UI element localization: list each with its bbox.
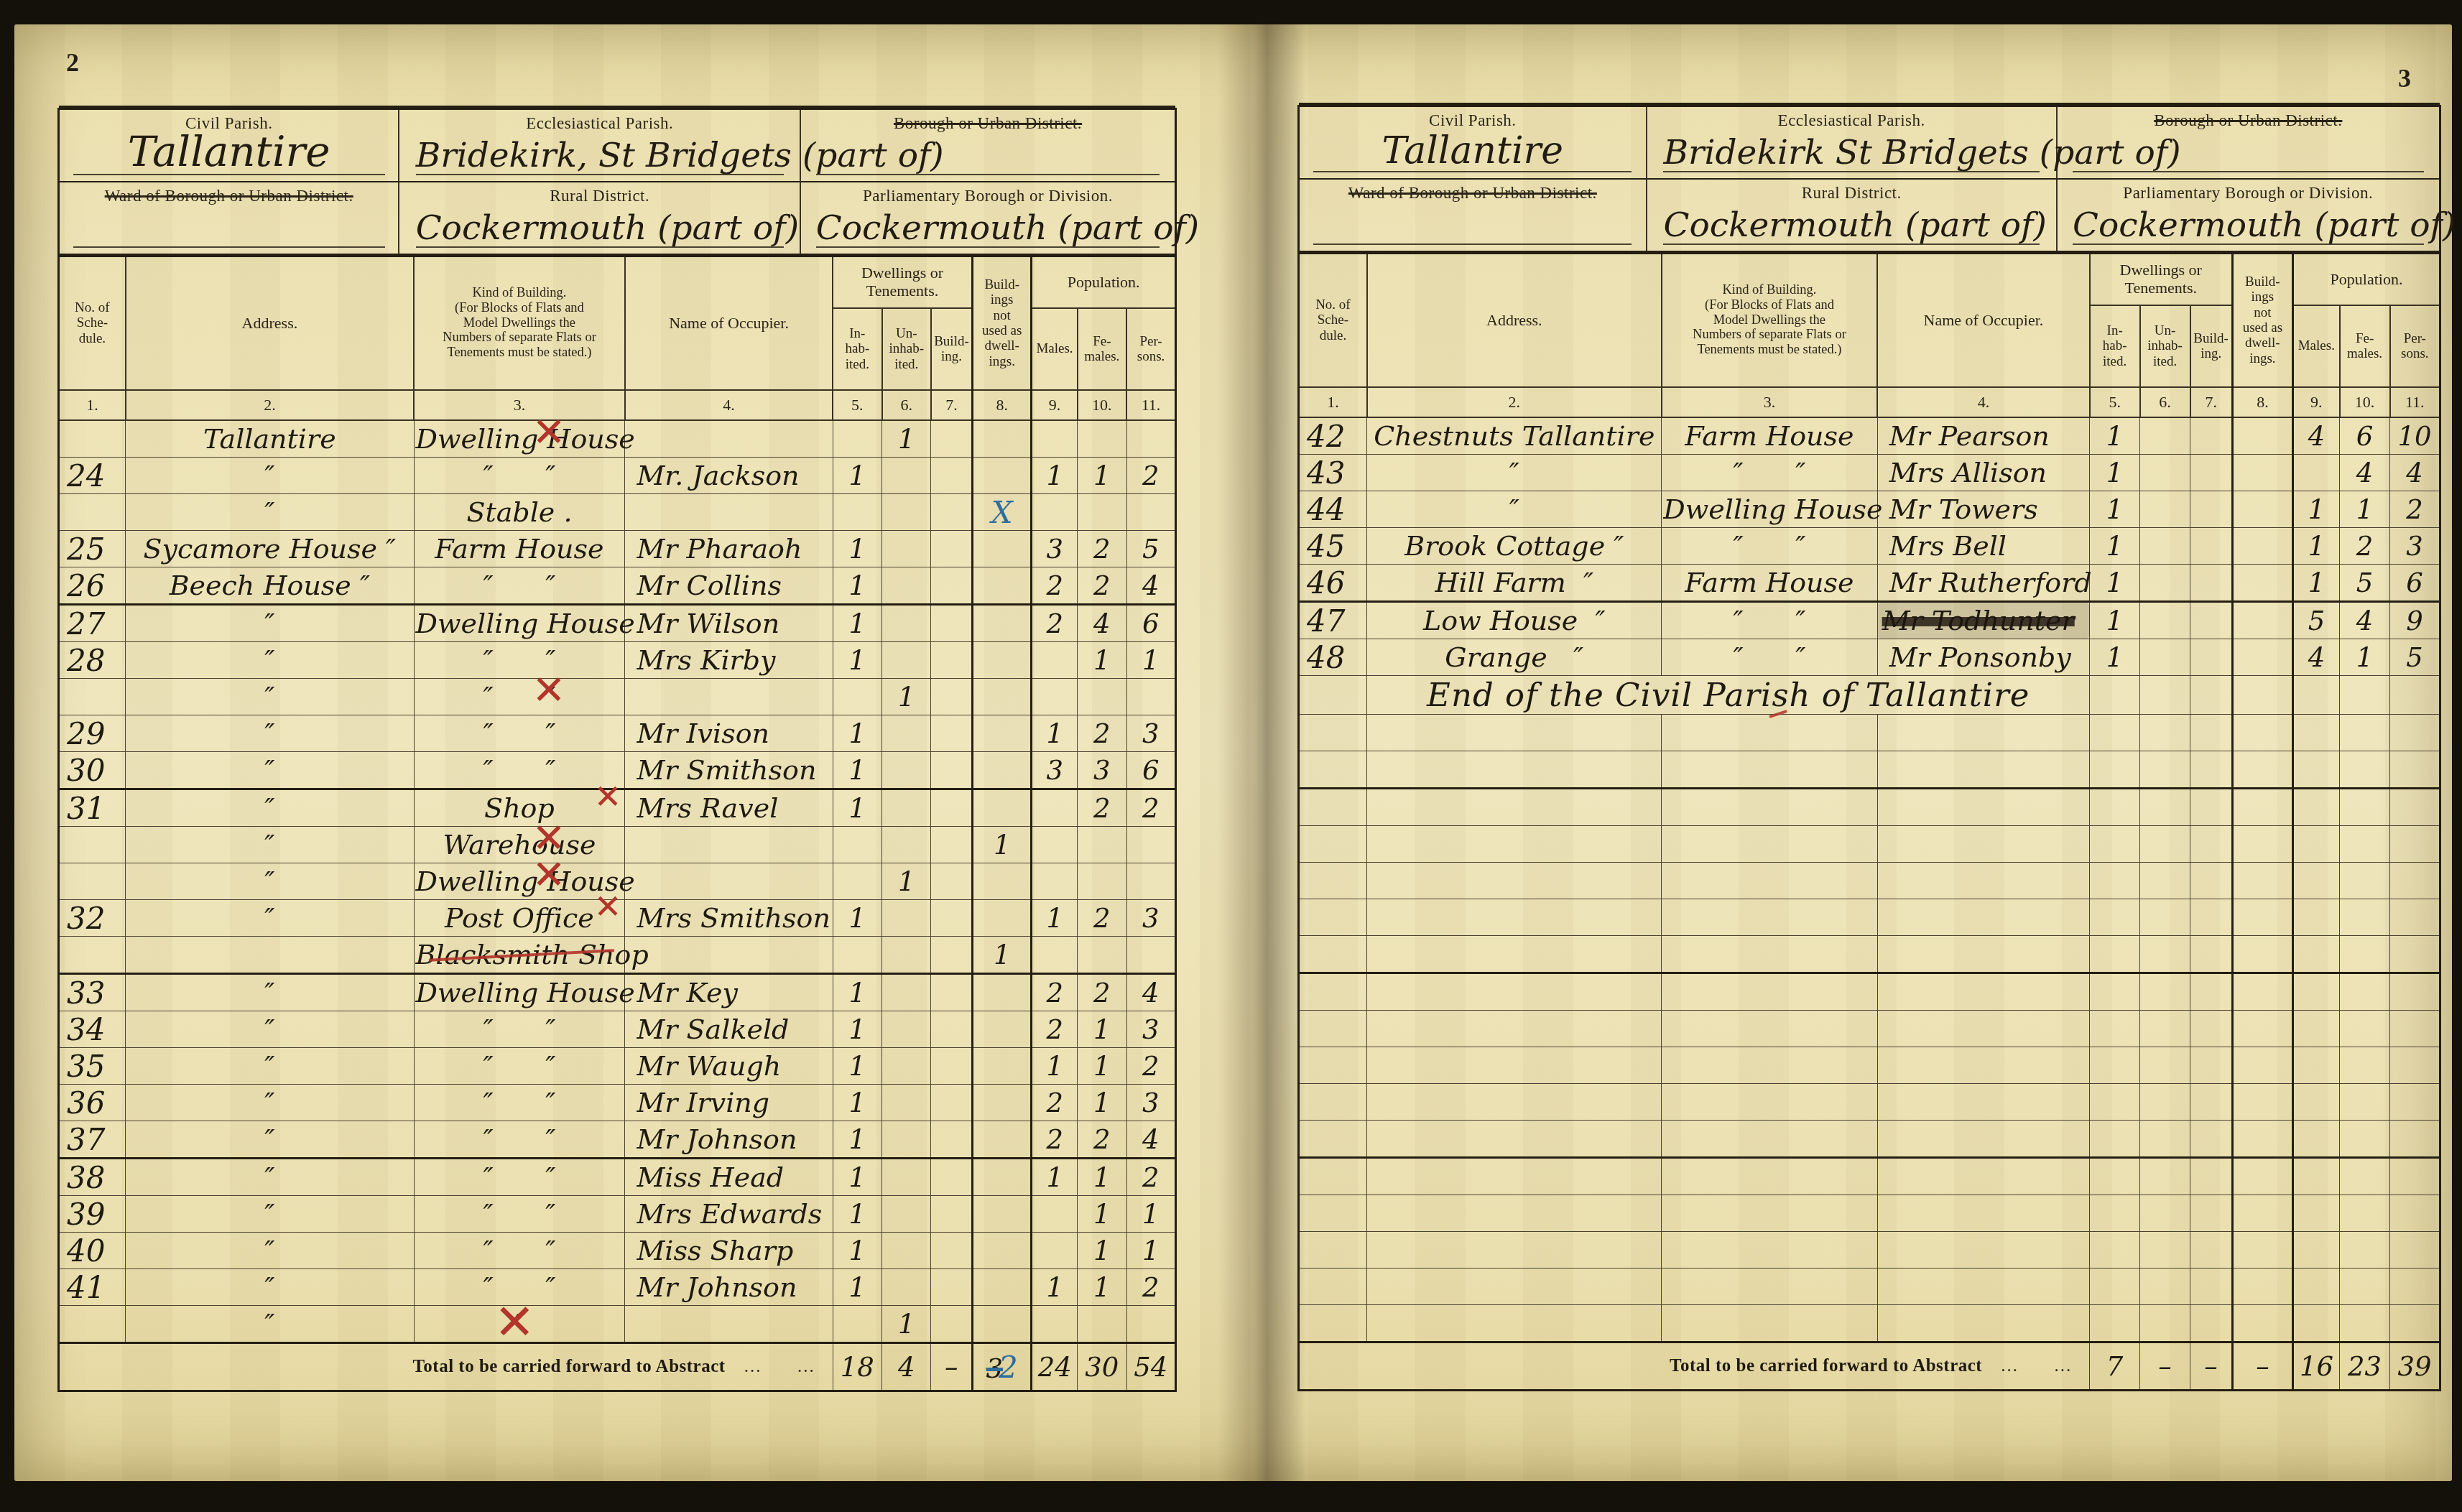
table-row [1299, 1011, 2440, 1047]
cell-females [1078, 1306, 1126, 1343]
cell-not_used [972, 458, 1031, 494]
cell-address [1367, 1195, 1662, 1232]
cell-males: 1 [2292, 491, 2339, 528]
cell-kind: ″ ″ [414, 642, 625, 679]
table-row: 37″″ ″Mr Johnson1224 [59, 1121, 1176, 1159]
cell-females: 1 [2340, 639, 2390, 676]
civil-parish-cell: Civil Parish. Tallantire [60, 110, 399, 182]
cell-schedule: 48 [1299, 639, 1367, 676]
table-row: 36″″ ″Mr Irving1213 [59, 1085, 1176, 1121]
cell-name: Mr Smithson [625, 752, 833, 789]
cell-building [2190, 715, 2233, 751]
cell-address [1367, 1121, 1662, 1158]
cell-address [1367, 715, 1662, 751]
cell-females [2340, 1047, 2390, 1084]
cell-persons: 1 [1126, 1196, 1175, 1233]
cell-uninhabited [882, 1048, 931, 1085]
col-persons-header: Per- sons. [2390, 305, 2440, 387]
cell-persons [2390, 1305, 2440, 1342]
cell-persons: 5 [2390, 639, 2440, 676]
cell-females [1078, 420, 1126, 458]
cell-males: 5 [2292, 602, 2339, 639]
cell-inhabited [2090, 751, 2140, 789]
cell-address: Hill Farm ″ [1367, 565, 1662, 602]
cell-persons [2390, 1195, 2440, 1232]
cell-persons: 3 [1126, 1085, 1175, 1121]
civil-parish-value: Tallantire [1313, 132, 1632, 172]
cell-inhabited [2090, 1268, 2140, 1305]
cell-address [1367, 1232, 1662, 1268]
cell-persons: 2 [1126, 1048, 1175, 1085]
parish-header-right: Civil Parish. Tallantire Ecclesiastical … [1297, 105, 2441, 253]
parliamentary-value: Cockermouth (part of) [2073, 208, 2424, 245]
cell-address: ″ [126, 715, 414, 752]
cell-address [1367, 1011, 1662, 1047]
cell-inhabited [2090, 1232, 2140, 1268]
cell-females: 1 [1078, 1011, 1126, 1048]
cell-schedule: 43 [1299, 455, 1367, 491]
cell-persons [1126, 494, 1175, 531]
col-num-10: 10. [2340, 387, 2390, 417]
cell-building [931, 1121, 973, 1159]
cell-uninhabited [882, 642, 931, 679]
cell-name [625, 863, 833, 900]
cell-uninhabited [2140, 1158, 2190, 1195]
cell-schedule: 37 [59, 1121, 126, 1159]
cell-name [1877, 1084, 2090, 1121]
cell-name [1877, 715, 2090, 751]
census-table-right: No. of Sche- dule. Address. Kind of Buil… [1297, 252, 2441, 1391]
cell-kind: Dwelling House [1662, 491, 1877, 528]
cell-kind [1662, 1121, 1877, 1158]
cell-not_used [972, 531, 1031, 567]
cell-inhabited: 1 [833, 1048, 881, 1085]
cell-building [931, 900, 973, 937]
cell-name [1877, 1121, 2090, 1158]
cell-uninhabited [882, 494, 931, 531]
cell-address [1367, 789, 1662, 826]
cell-name [1877, 936, 2090, 973]
cell-kind [1662, 1011, 1877, 1047]
total-building: – [931, 1343, 973, 1391]
cell-males: 2 [1032, 1121, 1078, 1159]
total-uninhabited: 4 [882, 1343, 931, 1391]
cell-name [1877, 1305, 2090, 1342]
cell-persons: 4 [1126, 567, 1175, 605]
cell-uninhabited [882, 531, 931, 567]
census-rows-left: TallantireDwelling House124″″ ″Mr. Jacks… [59, 420, 1176, 1343]
total-males: 24 [1032, 1343, 1078, 1391]
cell-persons: 1 [1126, 1233, 1175, 1269]
total-inhabited: 18 [833, 1343, 881, 1391]
cell-not_used [972, 715, 1031, 752]
col-address-header: Address. [126, 256, 414, 391]
cell-males: 2 [1032, 1011, 1078, 1048]
cell-uninhabited: 1 [882, 863, 931, 900]
cell-inhabited [2090, 676, 2140, 715]
cell-address: ″ [126, 1121, 414, 1159]
cell-name: Mr Key [625, 974, 833, 1011]
cell-persons: 5 [1126, 531, 1175, 567]
table-row: ″Dwelling House1 [59, 863, 1176, 900]
ward-label: Ward of Borough or Urban District. [1300, 180, 1646, 203]
cell-kind: ″ ″ [414, 1269, 625, 1306]
cell-females: 1 [1078, 458, 1126, 494]
cell-kind: ″ ″ [414, 458, 625, 494]
cell-females: 3 [1078, 752, 1126, 789]
cell-uninhabited [2140, 639, 2190, 676]
cell-building [931, 679, 973, 715]
cell-schedule: 47 [1299, 602, 1367, 639]
cell-persons [1126, 1306, 1175, 1343]
cell-address: Grange ″ [1367, 639, 1662, 676]
cell-schedule: 36 [59, 1085, 126, 1121]
cell-kind: Farm House [414, 531, 625, 567]
cell-not_used [972, 900, 1031, 937]
totals-dots: ... ... [1982, 1356, 2072, 1376]
totals-label: Total to be carried forward to Abstract [412, 1357, 725, 1376]
cell-building [931, 1306, 973, 1343]
cell-males: 4 [2292, 639, 2339, 676]
cell-name [1877, 1232, 2090, 1268]
cell-name: Mr Waugh [625, 1048, 833, 1085]
cell-uninhabited [2140, 1047, 2190, 1084]
cell-name: Mrs Ravel [625, 789, 833, 827]
cell-kind: ″ ″ [414, 567, 625, 605]
cell-name: Mr Salkeld [625, 1011, 833, 1048]
ward-label: Ward of Borough or Urban District. [60, 182, 398, 205]
cell-name [1877, 1011, 2090, 1047]
cell-inhabited: 1 [833, 642, 881, 679]
cell-kind: ″ ″ [414, 1159, 625, 1196]
table-row: 26Beech House ″″ ″Mr Collins1224 [59, 567, 1176, 605]
cell-inhabited: 1 [833, 531, 881, 567]
table-row: 42Chestnuts TallantireFarm HouseMr Pears… [1299, 417, 2440, 455]
cell-schedule [59, 420, 126, 458]
cell-not_used [2232, 639, 2292, 676]
cell-schedule: 32 [59, 900, 126, 937]
col-persons-header: Per- sons. [1126, 308, 1175, 390]
table-row: Blacksmith Shop1 [59, 937, 1176, 974]
cell-uninhabited [2140, 1305, 2190, 1342]
cell-kind: Dwelling House [414, 420, 625, 458]
parliamentary-cell: Parliamentary Borough or Division. Cocke… [801, 182, 1175, 254]
cell-building [931, 420, 973, 458]
cell-persons [1126, 679, 1175, 715]
cell-inhabited: 1 [833, 1011, 881, 1048]
total-not-used-correction: 2 [999, 1350, 1018, 1385]
ecclesiastical-parish-value: Bridekirk St Bridgets (part of) [1663, 136, 2039, 172]
ecclesiastical-parish-label: Ecclesiastical Parish. [1647, 107, 2056, 130]
cell-uninhabited [882, 715, 931, 752]
cell-uninhabited [2140, 676, 2190, 715]
col-building-header: Build- ing. [2190, 305, 2233, 387]
cell-females: 2 [1078, 531, 1126, 567]
cell-address: ″ [126, 642, 414, 679]
cell-building [931, 1048, 973, 1085]
cell-inhabited [2090, 1084, 2140, 1121]
cell-name: Mrs Kirby [625, 642, 833, 679]
table-row: 38″″ ″Miss Head1112 [59, 1159, 1176, 1196]
cell-not_used [2232, 491, 2292, 528]
col-num-10: 10. [1078, 390, 1126, 420]
page-number-left: 2 [66, 47, 79, 78]
cell-name: Mrs Bell [1877, 528, 2090, 565]
cell-schedule [1299, 899, 1367, 936]
cell-not_used [972, 752, 1031, 789]
cell-females: 4 [2340, 455, 2390, 491]
civil-parish-value: Tallantire [73, 131, 385, 175]
cell-not_used [972, 863, 1031, 900]
table-row: 33″Dwelling HouseMr Key1224 [59, 974, 1176, 1011]
cell-females: 1 [1078, 1233, 1126, 1269]
col-num-4: 4. [625, 390, 833, 420]
total-uninhabited: – [2140, 1342, 2190, 1391]
col-females-header: Fe- males. [1078, 308, 1126, 390]
parliamentary-label: Parliamentary Borough or Division. [2058, 180, 2439, 203]
cell-schedule [1299, 1268, 1367, 1305]
table-row [1299, 936, 2440, 973]
cell-kind: ″ ″ [1662, 639, 1877, 676]
cell-inhabited [833, 863, 881, 900]
cell-name [1877, 826, 2090, 863]
cell-males [2292, 715, 2339, 751]
cell-building [2190, 973, 2233, 1011]
ecclesiastical-parish-cell: Ecclesiastical Parish. Bridekirk, St Bri… [399, 110, 801, 182]
cell-not_used [2232, 1121, 2292, 1158]
cell-females [2340, 715, 2390, 751]
cell-kind: ″ ″ [414, 1121, 625, 1159]
cell-schedule: 46 [1299, 565, 1367, 602]
cell-not_used [972, 1196, 1031, 1233]
cell-address: ″ [126, 1048, 414, 1085]
cell-building [931, 1196, 973, 1233]
table-row [1299, 715, 2440, 751]
cell-uninhabited [882, 1011, 931, 1048]
table-row [1299, 1232, 2440, 1268]
cell-building [2190, 1158, 2233, 1195]
cell-kind [1662, 973, 1877, 1011]
cell-name: Mr Pharaoh [625, 531, 833, 567]
cell-uninhabited [882, 1269, 931, 1306]
table-row [1299, 973, 2440, 1011]
cell-males [2292, 899, 2339, 936]
table-row [1299, 789, 2440, 826]
cell-inhabited [2090, 1158, 2140, 1195]
cell-name [1877, 1195, 2090, 1232]
cell-inhabited [833, 827, 881, 863]
cell-schedule: 38 [59, 1159, 126, 1196]
cell-inhabited [833, 494, 881, 531]
cell-name [1877, 1158, 2090, 1195]
cell-inhabited [2090, 1305, 2140, 1342]
cell-persons: 4 [2390, 455, 2440, 491]
cell-males [2292, 863, 2339, 899]
cell-persons [1126, 863, 1175, 900]
table-row: 44″Dwelling HouseMr Towers1112 [1299, 491, 2440, 528]
cell-uninhabited: 1 [882, 420, 931, 458]
cell-males [2292, 1195, 2339, 1232]
cell-kind [1662, 1084, 1877, 1121]
cell-inhabited: 1 [833, 1085, 881, 1121]
cell-name: Mr Ivison [625, 715, 833, 752]
population-group-header: Population. [1032, 256, 1176, 309]
cell-uninhabited [882, 1196, 931, 1233]
cell-building [2190, 1268, 2233, 1305]
cell-address [1367, 973, 1662, 1011]
cell-females: 2 [1078, 1121, 1126, 1159]
cell-not_used [2232, 1232, 2292, 1268]
cell-females [2340, 1011, 2390, 1047]
page-gutter-fold [1218, 24, 1308, 1481]
cell-males [2292, 1305, 2339, 1342]
table-row [1299, 1121, 2440, 1158]
cell-building [931, 789, 973, 827]
cell-name [1877, 1047, 2090, 1084]
cell-kind [1662, 715, 1877, 751]
cell-not_used [2232, 455, 2292, 491]
cell-inhabited: 1 [2090, 528, 2140, 565]
cell-schedule: 28 [59, 642, 126, 679]
total-persons: 54 [1126, 1343, 1175, 1391]
cell-inhabited: 1 [2090, 455, 2140, 491]
cell-uninhabited [882, 1159, 931, 1196]
col-num-11: 11. [2390, 387, 2440, 417]
cell-persons [2390, 863, 2440, 899]
cell-persons [2390, 1158, 2440, 1195]
cell-building [931, 1269, 973, 1306]
cell-females [2340, 789, 2390, 826]
table-row: 24″″ ″Mr. Jackson1112 [59, 458, 1176, 494]
cell-schedule: 44 [1299, 491, 1367, 528]
col-address-header: Address. [1367, 254, 1662, 388]
cell-persons [2390, 1232, 2440, 1268]
col-uninhabited-header: Un- inhab- ited. [882, 308, 931, 390]
cell-uninhabited [2140, 789, 2190, 826]
totals-label: Total to be carried forward to Abstract [1670, 1356, 1982, 1376]
cell-schedule [1299, 1047, 1367, 1084]
cell-females: 1 [2340, 491, 2390, 528]
table-row: ″Stable .X [59, 494, 1176, 531]
total-females: 30 [1078, 1343, 1126, 1391]
cell-uninhabited [882, 458, 931, 494]
civil-parish-label: Civil Parish. [1300, 107, 1646, 130]
cell-persons [2390, 789, 2440, 826]
col-schedule-header: No. of Sche- dule. [59, 256, 126, 391]
cell-males [2292, 1011, 2339, 1047]
cell-name: Mr Collins [625, 567, 833, 605]
cell-schedule [1299, 1195, 1367, 1232]
cell-schedule [1299, 715, 1367, 751]
page-number-right: 3 [2398, 63, 2411, 93]
col-num-7: 7. [931, 390, 973, 420]
cell-not_used [2232, 565, 2292, 602]
table-row: 30″″ ″Mr Smithson1336 [59, 752, 1176, 789]
cell-not_used: X [972, 494, 1031, 531]
borough-value [2073, 141, 2424, 172]
cell-persons [2390, 973, 2440, 1011]
cell-building [2190, 1232, 2233, 1268]
cell-building [931, 458, 973, 494]
ward-value [1313, 213, 1632, 245]
cell-inhabited: 1 [833, 605, 881, 642]
cell-females: 1 [1078, 1159, 1126, 1196]
cell-females: 2 [1078, 900, 1126, 937]
column-headers: No. of Sche- dule. Address. Kind of Buil… [59, 256, 1176, 421]
col-kind-header: Kind of Building. (For Blocks of Flats a… [1662, 254, 1877, 388]
census-rows-right: 42Chestnuts TallantireFarm HouseMr Pears… [1299, 417, 2440, 1342]
cell-uninhabited [2140, 899, 2190, 936]
cell-females [2340, 676, 2390, 715]
table-row [1299, 1305, 2440, 1342]
cell-building [2190, 639, 2233, 676]
col-not-used-header: Build- ings not used as dwell- ings. [972, 256, 1031, 391]
ward-cell: Ward of Borough or Urban District. [60, 182, 399, 254]
cell-females: 1 [1078, 1085, 1126, 1121]
col-females-header: Fe- males. [2340, 305, 2390, 387]
total-inhabited: 7 [2090, 1342, 2140, 1391]
cell-inhabited [2090, 973, 2140, 1011]
cell-building [931, 974, 973, 1011]
cell-females: 4 [1078, 605, 1126, 642]
cell-uninhabited [2140, 863, 2190, 899]
cell-not_used [972, 642, 1031, 679]
cell-females: 2 [1078, 789, 1126, 827]
cell-females: 5 [2340, 565, 2390, 602]
cell-females: 1 [1078, 1048, 1126, 1085]
cell-inhabited: 1 [833, 1121, 881, 1159]
cell-name [1877, 1268, 2090, 1305]
table-row: 31″ShopMrs Ravel122 [59, 789, 1176, 827]
col-num-2: 2. [1367, 387, 1662, 417]
cell-not_used [972, 974, 1031, 1011]
table-row: 47Low House ″″ ″Mr Todhunter1549 [1299, 602, 2440, 639]
borough-label: Borough or Urban District. [2058, 107, 2439, 130]
parliamentary-value: Cockermouth (part of) [816, 211, 1160, 248]
cell-females: 4 [2340, 602, 2390, 639]
cell-not_used [2232, 751, 2292, 789]
cell-name: Mr Pearson [1877, 417, 2090, 455]
cell-building [931, 605, 973, 642]
col-name-header: Name of Occupier. [1877, 254, 2090, 388]
cell-schedule: 35 [59, 1048, 126, 1085]
table-row [1299, 826, 2440, 863]
cell-inhabited: 1 [2090, 417, 2140, 455]
table-row [1299, 1158, 2440, 1195]
cell-persons: 3 [1126, 715, 1175, 752]
col-name-header: Name of Occupier. [625, 256, 833, 391]
cell-persons [2390, 715, 2440, 751]
cell-schedule [1299, 1121, 1367, 1158]
cell-name: Mr Towers [1877, 491, 2090, 528]
total-not-used: – [2232, 1342, 2292, 1391]
cell-uninhabited [2140, 491, 2190, 528]
cell-schedule [1299, 826, 1367, 863]
cell-females: 2 [2340, 528, 2390, 565]
cell-address: ″ [126, 1233, 414, 1269]
cell-uninhabited: 1 [882, 679, 931, 715]
cell-not_used [2232, 789, 2292, 826]
table-row [1299, 751, 2440, 789]
cell-males [1032, 494, 1078, 531]
cell-uninhabited [882, 605, 931, 642]
total-building: – [2190, 1342, 2233, 1391]
cell-address [1367, 1084, 1662, 1121]
cell-uninhabited [882, 1121, 931, 1159]
cell-schedule: 30 [59, 752, 126, 789]
cell-building [2190, 528, 2233, 565]
col-num-6: 6. [2140, 387, 2190, 417]
